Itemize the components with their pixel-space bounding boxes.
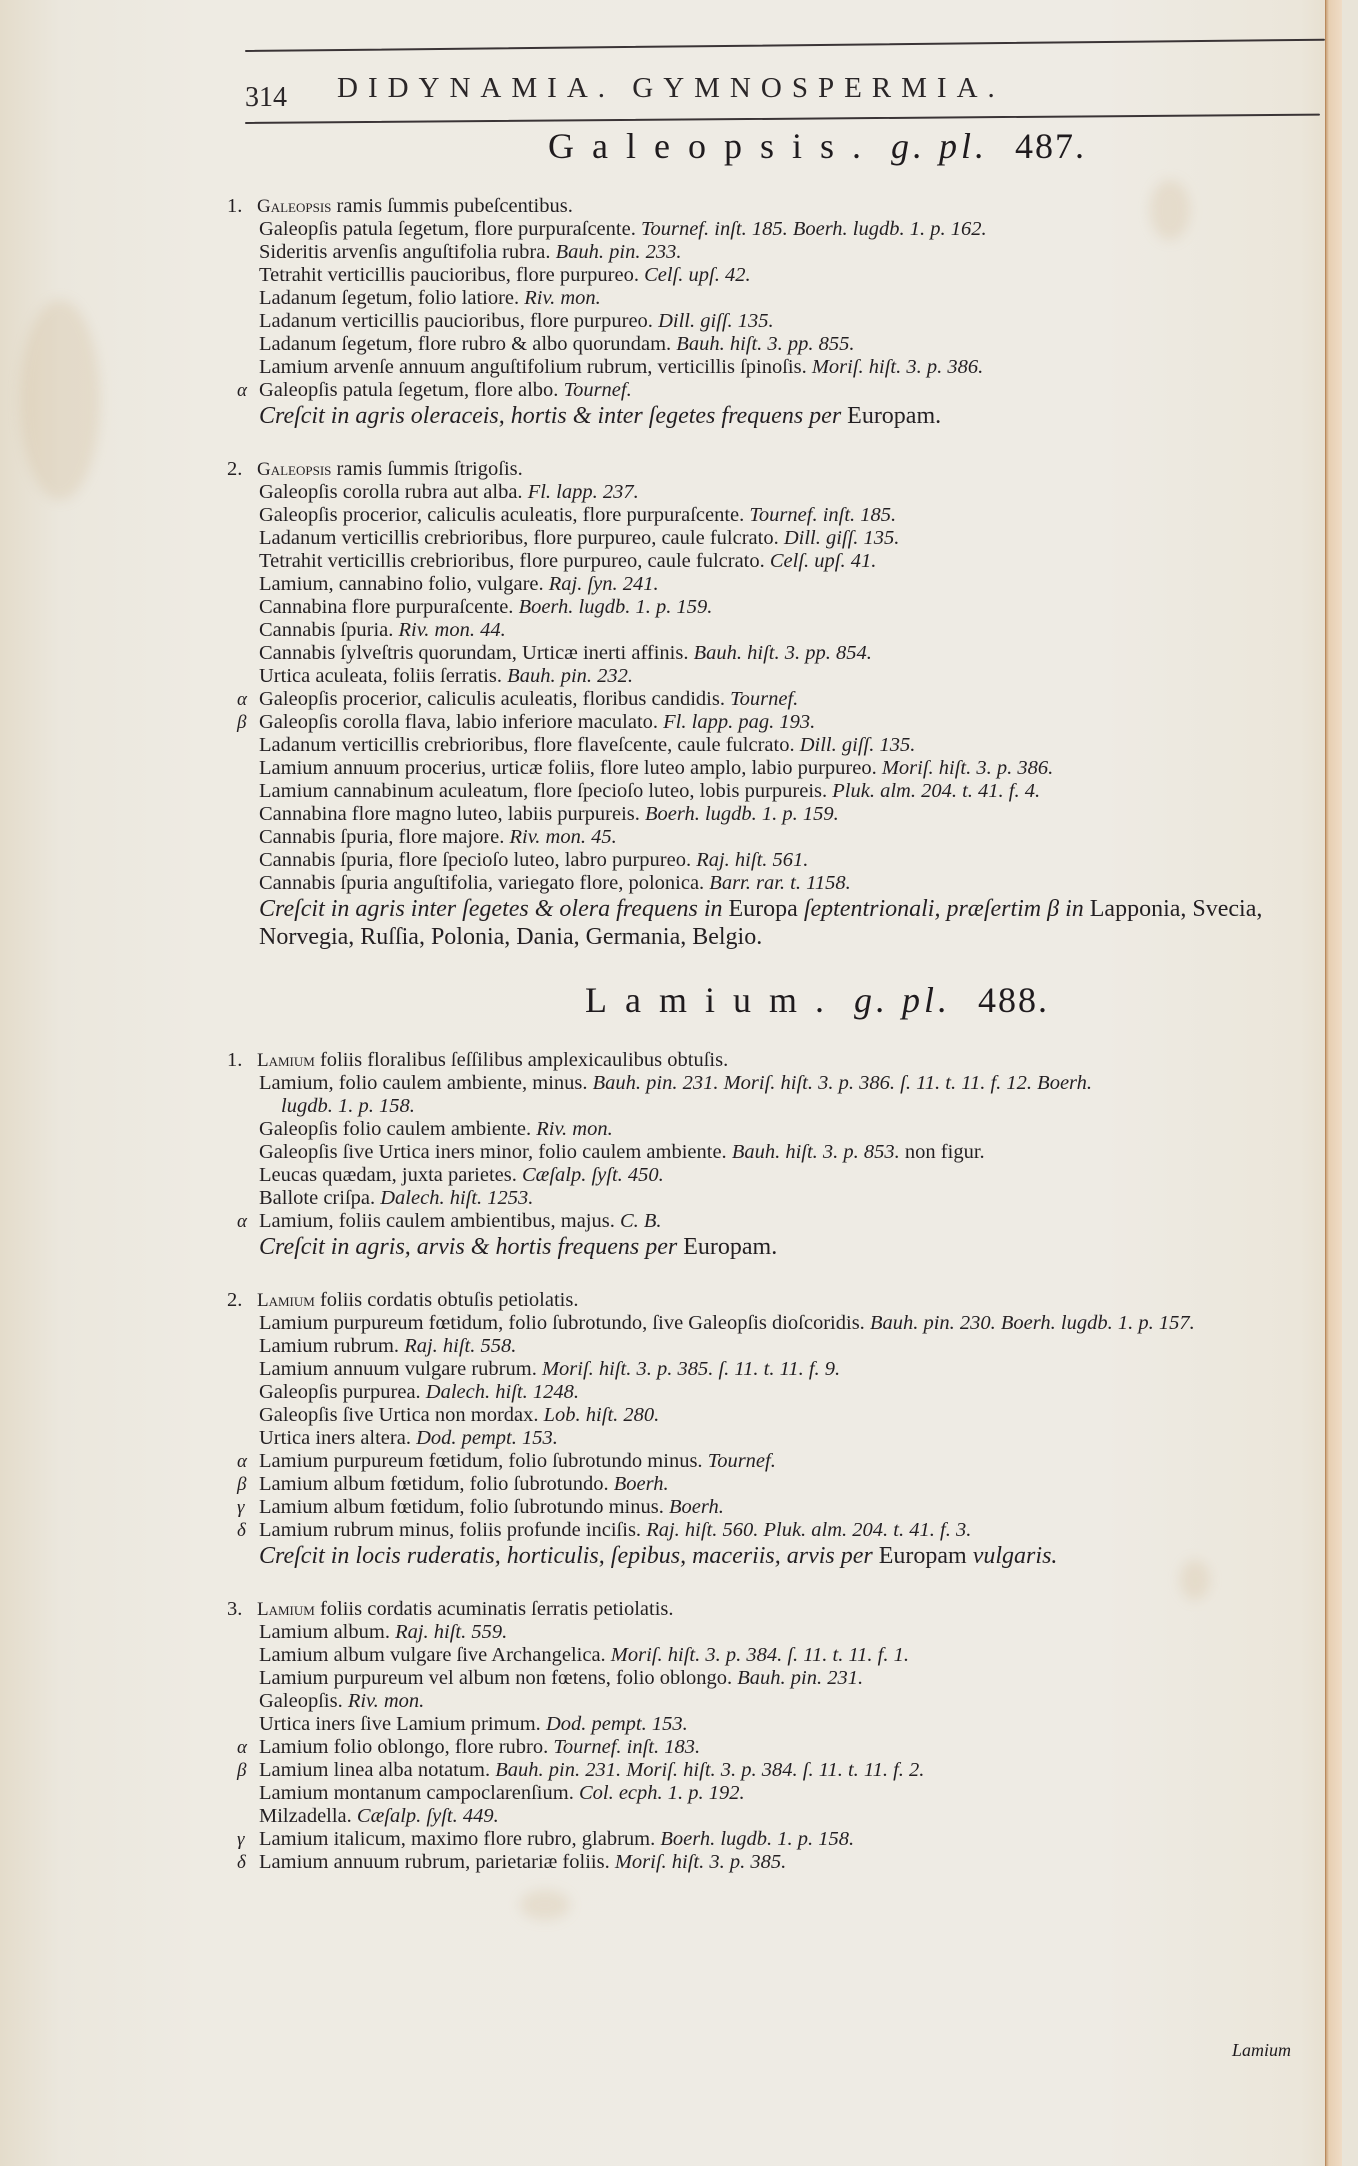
- synonym-text: Tetrahit verticillis crebrioribus, flore…: [259, 550, 765, 572]
- synonym-text: Lamium purpureum fœtidum, folio ſubrotun…: [259, 1312, 865, 1334]
- habitat-region: Europam: [879, 1543, 967, 1569]
- species-diagnosis: foliis floralibus ſeſſilibus amplexicaul…: [320, 1049, 728, 1071]
- synonym-line: lugdb. 1. p. 158.: [237, 1095, 1337, 1118]
- synonym-text: Galeopſis purpurea.: [259, 1381, 421, 1403]
- synonym-citation: Bauh. hiſt. 3. pp. 855.: [676, 333, 854, 355]
- habitat-note: Creſcit in locis ruderatis, horticulis, …: [237, 1542, 1337, 1570]
- variety-line: βGaleopſis corolla flava, labio inferior…: [237, 711, 1337, 734]
- variety-text: Lamium italicum, maximo flore rubro, gla…: [259, 1828, 655, 1850]
- variety-citation: Tournef.: [708, 1450, 776, 1472]
- page-body: Galeopsis.g. pl. 487.1.Galeopsis ramis ſ…: [237, 125, 1337, 1902]
- variety-marker: β: [237, 1473, 246, 1496]
- synonym-line: Urtica iners altera. Dod. pempt. 153.: [237, 1427, 1337, 1450]
- synonym-line: Galeopſis. Riv. mon.: [237, 1690, 1337, 1713]
- variety-line: Lamium cannabinum aculeatum, flore ſpeci…: [237, 780, 1337, 803]
- synonym-citation: Tournef. inſt. 185. Boerh. lugdb. 1. p. …: [641, 218, 987, 240]
- habitat-italic: Creſcit in locis ruderatis, horticulis, …: [259, 1543, 873, 1569]
- synonym-text: Cannabina flore purpuraſcente.: [259, 596, 513, 618]
- genus-plantarum-ref: g. pl.: [854, 980, 951, 1020]
- variety-line: Lamium montanum campoclarenſium. Col. ec…: [237, 1782, 1337, 1805]
- variety-citation: Tournef.: [730, 688, 798, 710]
- synonym-text: Ladanum verticillis paucioribus, flore p…: [259, 310, 653, 332]
- synonym-citation: Dalech. hiſt. 1248.: [426, 1381, 579, 1403]
- species-entry: 1.Lamium foliis floralibus ſeſſilibus am…: [237, 1049, 1337, 1261]
- variety-line: αLamium, foliis caulem ambientibus, maju…: [237, 1210, 1337, 1233]
- variety-text: Lamium purpureum fœtidum, folio ſubrotun…: [259, 1450, 703, 1472]
- synonym-citation: Bauh. hiſt. 3. p. 853.: [732, 1141, 900, 1163]
- variety-line: δLamium rubrum minus, foliis profunde in…: [237, 1519, 1337, 1542]
- synonym-text: Lamium rubrum.: [259, 1335, 399, 1357]
- synonym-citation: Riv. mon.: [536, 1118, 612, 1140]
- species-entry: 2.Galeopsis ramis ſummis ſtrigoſis.Galeo…: [237, 458, 1337, 951]
- variety-marker: γ: [237, 1496, 245, 1519]
- synonym-text: Galeopſis procerior, caliculis aculeatis…: [259, 504, 744, 526]
- species-number: 2.: [227, 1289, 257, 1312]
- variety-text: Lamium album fœtidum, folio ſubrotundo.: [259, 1473, 609, 1495]
- species-genus-name: Lamium: [257, 1050, 315, 1071]
- synonym-text: Lamium album vulgare ſive Archangelica.: [259, 1644, 606, 1666]
- synonym-note: non figur.: [905, 1141, 985, 1163]
- species-diagnosis-line: 1.Galeopsis ramis ſummis pubeſcentibus.: [237, 195, 1337, 218]
- header-rule-bottom: [245, 114, 1320, 124]
- variety-citation: C. B.: [620, 1210, 662, 1232]
- variety-text: Cannabina flore magno luteo, labiis purp…: [259, 803, 640, 825]
- synonym-text: Urtica iners ſive Lamium primum.: [259, 1713, 541, 1735]
- synonym-text: Galeopſis ſive Urtica non mordax.: [259, 1404, 539, 1426]
- variety-marker: γ: [237, 1828, 245, 1851]
- synonym-line: Galeopſis patula ſegetum, flore purpuraſ…: [237, 218, 1337, 241]
- variety-text: Milzadella.: [259, 1805, 352, 1827]
- variety-text: Galeopſis corolla flava, labio inferiore…: [259, 711, 658, 733]
- synonym-line: Galeopſis purpurea. Dalech. hiſt. 1248.: [237, 1381, 1337, 1404]
- synonym-citation: Bauh. pin. 232.: [507, 665, 633, 687]
- variety-citation: Boerh.: [614, 1473, 669, 1495]
- variety-citation: Moriſ. hiſt. 3. p. 385.: [615, 1851, 786, 1873]
- variety-line: Cannabis ſpuria anguſtifolia, variegato …: [237, 872, 1337, 895]
- synonym-text: Sideritis arvenſis anguſtifolia rubra.: [259, 241, 550, 263]
- book-page: 314 DIDYNAMIA. GYMNOSPERMIA. Galeopsis.g…: [0, 0, 1342, 2166]
- habitat-region: Europam.: [683, 1234, 777, 1260]
- synonym-text: Tetrahit verticillis paucioribus, flore …: [259, 264, 639, 286]
- variety-text: Lamium linea alba notatum.: [259, 1759, 490, 1781]
- synonym-text: Ladanum ſegetum, flore rubro & albo quor…: [259, 333, 671, 355]
- variety-citation: Cæſalp. ſyſt. 449.: [357, 1805, 499, 1827]
- variety-marker: α: [237, 379, 247, 402]
- variety-citation: Bauh. pin. 231. Moriſ. hiſt. 3. p. 384. …: [495, 1759, 924, 1781]
- synonym-text: Galeopſis folio caulem ambiente.: [259, 1118, 531, 1140]
- variety-line: γLamium italicum, maximo flore rubro, gl…: [237, 1828, 1337, 1851]
- genus-number: 487.: [1015, 126, 1086, 166]
- synonym-text: Leucas quædam, juxta parietes.: [259, 1164, 517, 1186]
- species-diagnosis-line: 2.Galeopsis ramis ſummis ſtrigoſis.: [237, 458, 1337, 481]
- page-number: 314: [245, 82, 287, 114]
- synonym-text: Galeopſis.: [259, 1690, 343, 1712]
- page-header: 314 DIDYNAMIA. GYMNOSPERMIA.: [245, 40, 1330, 100]
- synonym-line: Lamium purpureum vel album non fœtens, f…: [237, 1667, 1337, 1690]
- synonym-line: Galeopſis ſive Urtica iners minor, folio…: [237, 1141, 1337, 1164]
- synonym-citation: Bauh. pin. 230. Boerh. lugdb. 1. p. 157.: [870, 1312, 1195, 1334]
- variety-citation: Barr. rar. t. 1158.: [709, 872, 850, 894]
- variety-marker: δ: [237, 1519, 246, 1542]
- synonym-text: Lamium album.: [259, 1621, 390, 1643]
- variety-citation: Tournef. inſt. 183.: [553, 1736, 700, 1758]
- synonym-line: Galeopſis procerior, caliculis aculeatis…: [237, 504, 1337, 527]
- habitat-italic-cont: vulgaris.: [973, 1543, 1058, 1569]
- synonym-citation: Celſ. upſ. 42.: [644, 264, 750, 286]
- species-diagnosis: ramis ſummis ſtrigoſis.: [337, 458, 523, 480]
- habitat-region: Europam.: [847, 403, 941, 429]
- synonym-citation: Boerh. lugdb. 1. p. 159.: [519, 596, 713, 618]
- variety-line: αLamium purpureum fœtidum, folio ſubrotu…: [237, 1450, 1337, 1473]
- variety-line: Ladanum verticillis crebrioribus, flore …: [237, 734, 1337, 757]
- synonym-citation: Bauh. pin. 231.: [737, 1667, 863, 1689]
- variety-line: Cannabis ſpuria, flore majore. Riv. mon.…: [237, 826, 1337, 849]
- variety-text: Lamium album fœtidum, folio ſubrotundo m…: [259, 1496, 664, 1518]
- synonym-line: Ladanum ſegetum, folio latiore. Riv. mon…: [237, 287, 1337, 310]
- species-diagnosis: ramis ſummis pubeſcentibus.: [337, 195, 573, 217]
- variety-text: Lamium annuum procerius, urticæ foliis, …: [259, 757, 877, 779]
- genus-heading: Lamium.g. pl. 488.: [237, 979, 1337, 1021]
- synonym-text: Ballote criſpa.: [259, 1187, 375, 1209]
- species-number: 1.: [227, 195, 257, 218]
- synonym-line: Urtica aculeata, foliis ſerratis. Bauh. …: [237, 665, 1337, 688]
- synonym-citation: Lob. hiſt. 280.: [544, 1404, 660, 1426]
- variety-marker: α: [237, 1450, 247, 1473]
- variety-text: Cannabis ſpuria anguſtifolia, variegato …: [259, 872, 704, 894]
- synonym-citation: Moriſ. hiſt. 3. p. 386.: [812, 356, 983, 378]
- species-number: 1.: [227, 1049, 257, 1072]
- synonym-citation: Dill. giſſ. 135.: [784, 527, 900, 549]
- header-rule-top: [245, 39, 1325, 52]
- synonym-text: Galeopſis corolla rubra aut alba.: [259, 481, 523, 503]
- species-diagnosis-line: 3.Lamium foliis cordatis acuminatis ſerr…: [237, 1598, 1337, 1621]
- synonym-citation: Dill. giſſ. 135.: [658, 310, 774, 332]
- variety-citation: Pluk. alm. 204. t. 41. f. 4.: [832, 780, 1040, 802]
- variety-marker: β: [237, 711, 246, 734]
- synonym-line: Leucas quædam, juxta parietes. Cæſalp. ſ…: [237, 1164, 1337, 1187]
- variety-citation: Dill. giſſ. 135.: [800, 734, 916, 756]
- synonym-citation: Bauh. pin. 233.: [556, 241, 682, 263]
- synonym-line: Cannabina flore purpuraſcente. Boerh. lu…: [237, 596, 1337, 619]
- habitat-note: Creſcit in agris oleraceis, hortis & int…: [237, 402, 1337, 430]
- synonym-line: Galeopſis corolla rubra aut alba. Fl. la…: [237, 481, 1337, 504]
- synonym-text: Ladanum ſegetum, folio latiore.: [259, 287, 519, 309]
- synonym-citation: Celſ. upſ. 41.: [770, 550, 876, 572]
- synonym-line: Lamium rubrum. Raj. hiſt. 558.: [237, 1335, 1337, 1358]
- synonym-text: Lamium, folio caulem ambiente, minus.: [259, 1072, 588, 1094]
- synonym-citation: Raj. hiſt. 559.: [395, 1621, 507, 1643]
- synonym-citation: Cæſalp. ſyſt. 450.: [522, 1164, 664, 1186]
- variety-line: δLamium annuum rubrum, parietariæ foliis…: [237, 1851, 1337, 1874]
- variety-text: Lamium rubrum minus, foliis profunde inc…: [259, 1519, 641, 1541]
- species-number: 2.: [227, 458, 257, 481]
- variety-citation: Riv. mon. 45.: [509, 826, 616, 848]
- variety-text: Galeopſis patula ſegetum, flore albo.: [259, 379, 558, 401]
- habitat-italic: Creſcit in agris, arvis & hortis frequen…: [259, 1234, 677, 1260]
- species-entry: 1.Galeopsis ramis ſummis pubeſcentibus.G…: [237, 195, 1337, 430]
- synonym-citation: Dalech. hiſt. 1253.: [380, 1187, 533, 1209]
- genus-name: Lamium.: [585, 980, 842, 1020]
- species-genus-name: Galeopsis: [257, 459, 331, 480]
- synonym-line: Lamium album. Raj. hiſt. 559.: [237, 1621, 1337, 1644]
- synonym-citation: Dod. pempt. 153.: [416, 1427, 558, 1449]
- synonym-line: Lamium, cannabino folio, vulgare. Raj. ſ…: [237, 573, 1337, 596]
- habitat-region: Europa: [729, 896, 798, 922]
- variety-marker: α: [237, 1736, 247, 1759]
- synonym-text: Urtica aculeata, foliis ſerratis.: [259, 665, 502, 687]
- variety-citation: Raj. hiſt. 560. Pluk. alm. 204. t. 41. f…: [646, 1519, 971, 1541]
- synonym-line: Ladanum verticillis paucioribus, flore p…: [237, 310, 1337, 333]
- genus-heading: Galeopsis.g. pl. 487.: [237, 125, 1337, 167]
- synonym-citation: Moriſ. hiſt. 3. p. 385. ſ. 11. t. 11. f.…: [542, 1358, 840, 1380]
- habitat-italic: Creſcit in agris inter ſegetes & olera f…: [259, 896, 723, 922]
- variety-line: αGaleopſis patula ſegetum, flore albo. T…: [237, 379, 1337, 402]
- synonym-line: Galeopſis folio caulem ambiente. Riv. mo…: [237, 1118, 1337, 1141]
- variety-line: αLamium folio oblongo, flore rubro. Tour…: [237, 1736, 1337, 1759]
- genus-number: 488.: [978, 980, 1049, 1020]
- synonym-text: Cannabis ſylveſtris quorundam, Urticæ in…: [259, 642, 688, 664]
- synonym-citation: Moriſ. hiſt. 3. p. 384. ſ. 11. t. 11. f.…: [611, 1644, 909, 1666]
- synonym-citation: Tournef. inſt. 185.: [749, 504, 896, 526]
- species-entry: 3.Lamium foliis cordatis acuminatis ſerr…: [237, 1598, 1337, 1874]
- variety-citation: Boerh.: [669, 1496, 724, 1518]
- species-number: 3.: [227, 1598, 257, 1621]
- variety-marker: α: [237, 688, 247, 711]
- synonym-text: Ladanum verticillis crebrioribus, flore …: [259, 527, 779, 549]
- variety-line: Cannabina flore magno luteo, labiis purp…: [237, 803, 1337, 826]
- synonym-citation: Bauh. pin. 231. Moriſ. hiſt. 3. p. 386. …: [593, 1072, 1092, 1094]
- variety-text: Lamium, foliis caulem ambientibus, majus…: [259, 1210, 615, 1232]
- running-head: DIDYNAMIA. GYMNOSPERMIA.: [337, 72, 1005, 105]
- variety-marker: α: [237, 1210, 247, 1233]
- variety-text: Lamium folio oblongo, flore rubro.: [259, 1736, 548, 1758]
- synonym-line: Tetrahit verticillis paucioribus, flore …: [237, 264, 1337, 287]
- synonym-line: Lamium purpureum fœtidum, folio ſubrotun…: [237, 1312, 1337, 1335]
- species-genus-name: Galeopsis: [257, 196, 331, 217]
- variety-text: Lamium cannabinum aculeatum, flore ſpeci…: [259, 780, 827, 802]
- variety-citation: Raj. hiſt. 561.: [696, 849, 808, 871]
- variety-line: Lamium annuum procerius, urticæ foliis, …: [237, 757, 1337, 780]
- variety-text: Ladanum verticillis crebrioribus, flore …: [259, 734, 795, 756]
- variety-text: Cannabis ſpuria, flore ſpecioſo luteo, l…: [259, 849, 691, 871]
- genus-name: Galeopsis.: [548, 126, 879, 166]
- synonym-text: Lamium, cannabino folio, vulgare.: [259, 573, 544, 595]
- synonym-text: Cannabis ſpuria.: [259, 619, 393, 641]
- synonym-text: Urtica iners altera.: [259, 1427, 411, 1449]
- synonym-line: Ladanum verticillis crebrioribus, flore …: [237, 527, 1337, 550]
- habitat-note: Creſcit in agris inter ſegetes & olera f…: [237, 895, 1337, 951]
- synonym-line: Lamium arvenſe annuum anguſtifolium rubr…: [237, 356, 1337, 379]
- species-genus-name: Lamium: [257, 1290, 315, 1311]
- synonym-text: Galeopſis ſive Urtica iners minor, folio…: [259, 1141, 727, 1163]
- synonym-citation: Riv. mon.: [524, 287, 600, 309]
- variety-text: Lamium annuum rubrum, parietariæ foliis.: [259, 1851, 610, 1873]
- synonym-line: Sideritis arvenſis anguſtifolia rubra. B…: [237, 241, 1337, 264]
- variety-line: βLamium album fœtidum, folio ſubrotundo.…: [237, 1473, 1337, 1496]
- variety-text: Cannabis ſpuria, flore majore.: [259, 826, 504, 848]
- synonym-line: Lamium annuum vulgare rubrum. Moriſ. hiſ…: [237, 1358, 1337, 1381]
- variety-marker: β: [237, 1759, 246, 1782]
- synonym-citation: lugdb. 1. p. 158.: [281, 1095, 415, 1117]
- variety-citation: Fl. lapp. pag. 193.: [663, 711, 815, 733]
- synonym-citation: Fl. lapp. 237.: [528, 481, 639, 503]
- habitat-note: Creſcit in agris, arvis & hortis frequen…: [237, 1233, 1337, 1261]
- variety-citation: Col. ecph. 1. p. 192.: [579, 1782, 745, 1804]
- synonym-citation: Raj. hiſt. 558.: [404, 1335, 516, 1357]
- variety-line: Cannabis ſpuria, flore ſpecioſo luteo, l…: [237, 849, 1337, 872]
- synonym-line: Cannabis ſylveſtris quorundam, Urticæ in…: [237, 642, 1337, 665]
- paper-stain: [20, 300, 100, 500]
- variety-citation: Boerh. lugdb. 1. p. 159.: [645, 803, 839, 825]
- synonym-citation: Riv. mon. 44.: [399, 619, 506, 641]
- variety-line: Milzadella. Cæſalp. ſyſt. 449.: [237, 1805, 1337, 1828]
- synonym-line: Tetrahit verticillis crebrioribus, flore…: [237, 550, 1337, 573]
- synonym-line: Galeopſis ſive Urtica non mordax. Lob. h…: [237, 1404, 1337, 1427]
- habitat-italic-cont: ſeptentrionali, præſertim β in: [804, 896, 1084, 922]
- synonym-citation: Raj. ſyn. 241.: [549, 573, 659, 595]
- variety-line: γLamium album fœtidum, folio ſubrotundo …: [237, 1496, 1337, 1519]
- variety-line: αGaleopſis procerior, caliculis aculeati…: [237, 688, 1337, 711]
- species-entry: 2.Lamium foliis cordatis obtuſis petiola…: [237, 1289, 1337, 1570]
- species-diagnosis: foliis cordatis acuminatis ſerratis peti…: [320, 1598, 674, 1620]
- synonym-line: Ballote criſpa. Dalech. hiſt. 1253.: [237, 1187, 1337, 1210]
- synonym-line: Cannabis ſpuria. Riv. mon. 44.: [237, 619, 1337, 642]
- synonym-text: Lamium arvenſe annuum anguſtifolium rubr…: [259, 356, 807, 378]
- synonym-text: Lamium purpureum vel album non fœtens, f…: [259, 1667, 732, 1689]
- habitat-italic: Creſcit in agris oleraceis, hortis & int…: [259, 403, 841, 429]
- synonym-text: Galeopſis patula ſegetum, flore purpuraſ…: [259, 218, 636, 240]
- catchword: Lamium: [1232, 2040, 1291, 2061]
- page-edge: [1325, 0, 1342, 2166]
- variety-citation: Boerh. lugdb. 1. p. 158.: [660, 1828, 854, 1850]
- variety-citation: Tournef.: [564, 379, 632, 401]
- synonym-text: Lamium annuum vulgare rubrum.: [259, 1358, 537, 1380]
- synonym-line: Urtica iners ſive Lamium primum. Dod. pe…: [237, 1713, 1337, 1736]
- species-genus-name: Lamium: [257, 1599, 315, 1620]
- variety-marker: δ: [237, 1851, 246, 1874]
- species-diagnosis-line: 2.Lamium foliis cordatis obtuſis petiola…: [237, 1289, 1337, 1312]
- synonym-citation: Bauh. hiſt. 3. pp. 854.: [694, 642, 872, 664]
- synonym-line: Ladanum ſegetum, flore rubro & albo quor…: [237, 333, 1337, 356]
- synonym-line: Lamium, folio caulem ambiente, minus. Ba…: [237, 1072, 1337, 1095]
- synonym-citation: Dod. pempt. 153.: [546, 1713, 688, 1735]
- species-diagnosis-line: 1.Lamium foliis floralibus ſeſſilibus am…: [237, 1049, 1337, 1072]
- synonym-citation: Riv. mon.: [348, 1690, 424, 1712]
- variety-text: Lamium montanum campoclarenſium.: [259, 1782, 574, 1804]
- variety-text: Galeopſis procerior, caliculis aculeatis…: [259, 688, 725, 710]
- variety-citation: Moriſ. hiſt. 3. p. 386.: [882, 757, 1053, 779]
- genus-plantarum-ref: g. pl.: [891, 126, 988, 166]
- synonym-line: Lamium album vulgare ſive Archangelica. …: [237, 1644, 1337, 1667]
- species-diagnosis: foliis cordatis obtuſis petiolatis.: [320, 1289, 579, 1311]
- variety-line: βLamium linea alba notatum. Bauh. pin. 2…: [237, 1759, 1337, 1782]
